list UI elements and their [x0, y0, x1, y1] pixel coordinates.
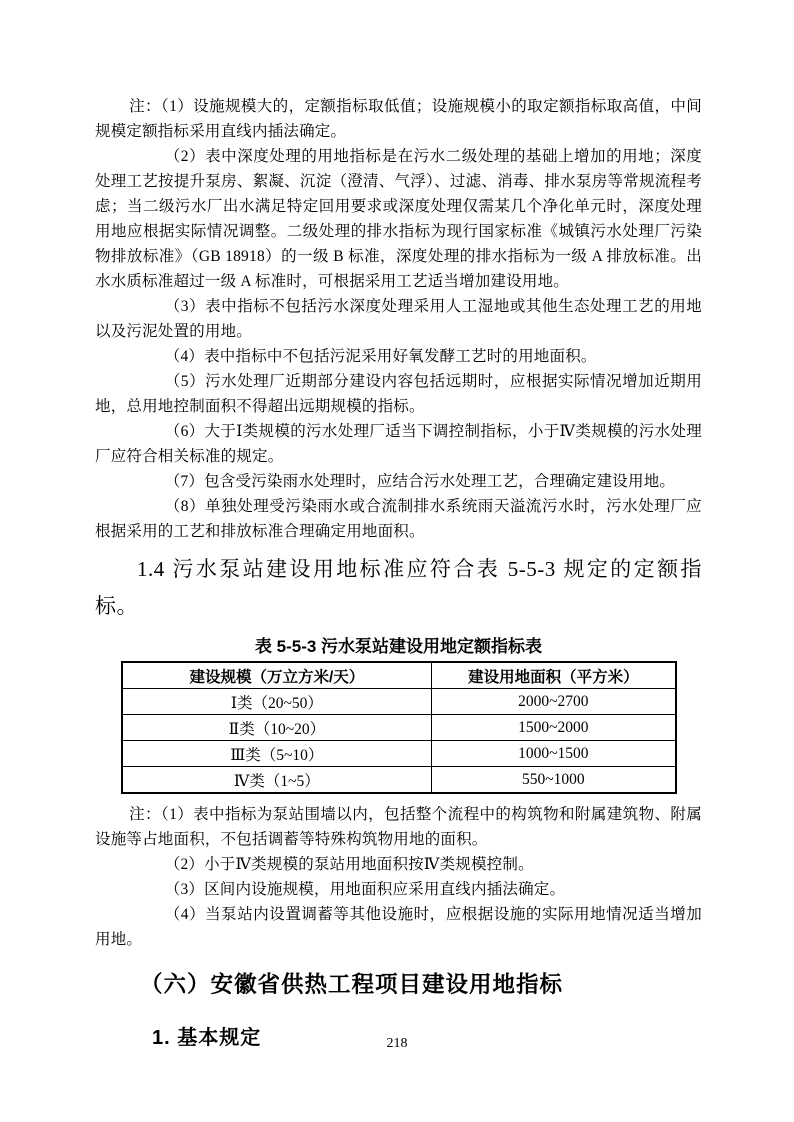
note-item: （4）表中指标中不包括污泥采用好氧发酵工艺时的用地面积。 [95, 344, 702, 369]
note-item: （2）表中深度处理的用地指标是在污水二级处理的基础上增加的用地；深度处理工艺按提… [95, 144, 702, 294]
note-item: 注：（1）表中指标为泵站围墙以内，包括整个流程中的构筑物和附属建筑物、附属设施等… [95, 802, 702, 852]
note-item: 注：（1）设施规模大的，定额指标取低值；设施规模小的取定额指标取高值，中间规模定… [95, 94, 702, 144]
section-1-4-text: 1.4 污水泵站建设用地标准应符合表 5-5-3 规定的定额指标。 [95, 551, 702, 625]
cell-scale: Ⅳ类（1~5） [122, 767, 432, 794]
table-row: Ⅳ类（1~5） 550~1000 [122, 767, 676, 794]
note-item: （3）表中指标不包括污水深度处理采用人工湿地或其他生态处理工艺的用地以及污泥处置… [95, 294, 702, 344]
cell-area: 1500~2000 [432, 715, 676, 741]
heading-section-six: （六）安徽省供热工程项目建设用地指标 [95, 970, 702, 999]
table-row: Ⅱ类（10~20） 1500~2000 [122, 715, 676, 741]
pump-station-land-quota-table: 建设规模（万立方米/天） 建设用地面积（平方米） Ⅰ类（20~50） 2000~… [121, 661, 677, 794]
page-number: 218 [0, 1036, 794, 1052]
cell-scale: Ⅲ类（5~10） [122, 741, 432, 767]
table-title: 表 5-5-3 污水泵站建设用地定额指标表 [95, 632, 702, 657]
note-item: （3）区间内设施规模，用地面积应采用直线内插法确定。 [95, 877, 702, 902]
page-content: 注：（1）设施规模大的，定额指标取低值；设施规模小的取定额指标取高值，中间规模定… [95, 94, 702, 1051]
note-item: （7）包含受污染雨水处理时，应结合污水处理工艺，合理确定建设用地。 [95, 469, 702, 494]
note-item: （8）单独处理受污染雨水或合流制排水系统雨天溢流污水时，污水处理厂应根据采用的工… [95, 494, 702, 544]
col-header-area: 建设用地面积（平方米） [432, 662, 676, 689]
note-item: （2）小于Ⅳ类规模的泵站用地面积按Ⅳ类规模控制。 [95, 852, 702, 877]
table-row: Ⅰ类（20~50） 2000~2700 [122, 689, 676, 715]
notes-table-block: 注：（1）表中指标为泵站围墙以内，包括整个流程中的构筑物和附属建筑物、附属设施等… [95, 802, 702, 952]
table-row: Ⅲ类（5~10） 1000~1500 [122, 741, 676, 767]
cell-area: 1000~1500 [432, 741, 676, 767]
note-item: （6）大于Ⅰ类规模的污水处理厂适当下调控制指标，小于Ⅳ类规模的污水处理厂应符合相… [95, 419, 702, 469]
cell-area: 550~1000 [432, 767, 676, 794]
cell-scale: Ⅱ类（10~20） [122, 715, 432, 741]
cell-area: 2000~2700 [432, 689, 676, 715]
notes-top-block: 注：（1）设施规模大的，定额指标取低值；设施规模小的取定额指标取高值，中间规模定… [95, 94, 702, 544]
note-item: （4）当泵站内设置调蓄等其他设施时，应根据设施的实际用地情况适当增加用地。 [95, 902, 702, 952]
cell-scale: Ⅰ类（20~50） [122, 689, 432, 715]
table-header-row: 建设规模（万立方米/天） 建设用地面积（平方米） [122, 662, 676, 689]
note-item: （5）污水处理厂近期部分建设内容包括远期时，应根据实际情况增加近期用地，总用地控… [95, 369, 702, 419]
col-header-scale: 建设规模（万立方米/天） [122, 662, 432, 689]
document-page: 注：（1）设施规模大的，定额指标取低值；设施规模小的取定额指标取高值，中间规模定… [0, 0, 794, 1122]
